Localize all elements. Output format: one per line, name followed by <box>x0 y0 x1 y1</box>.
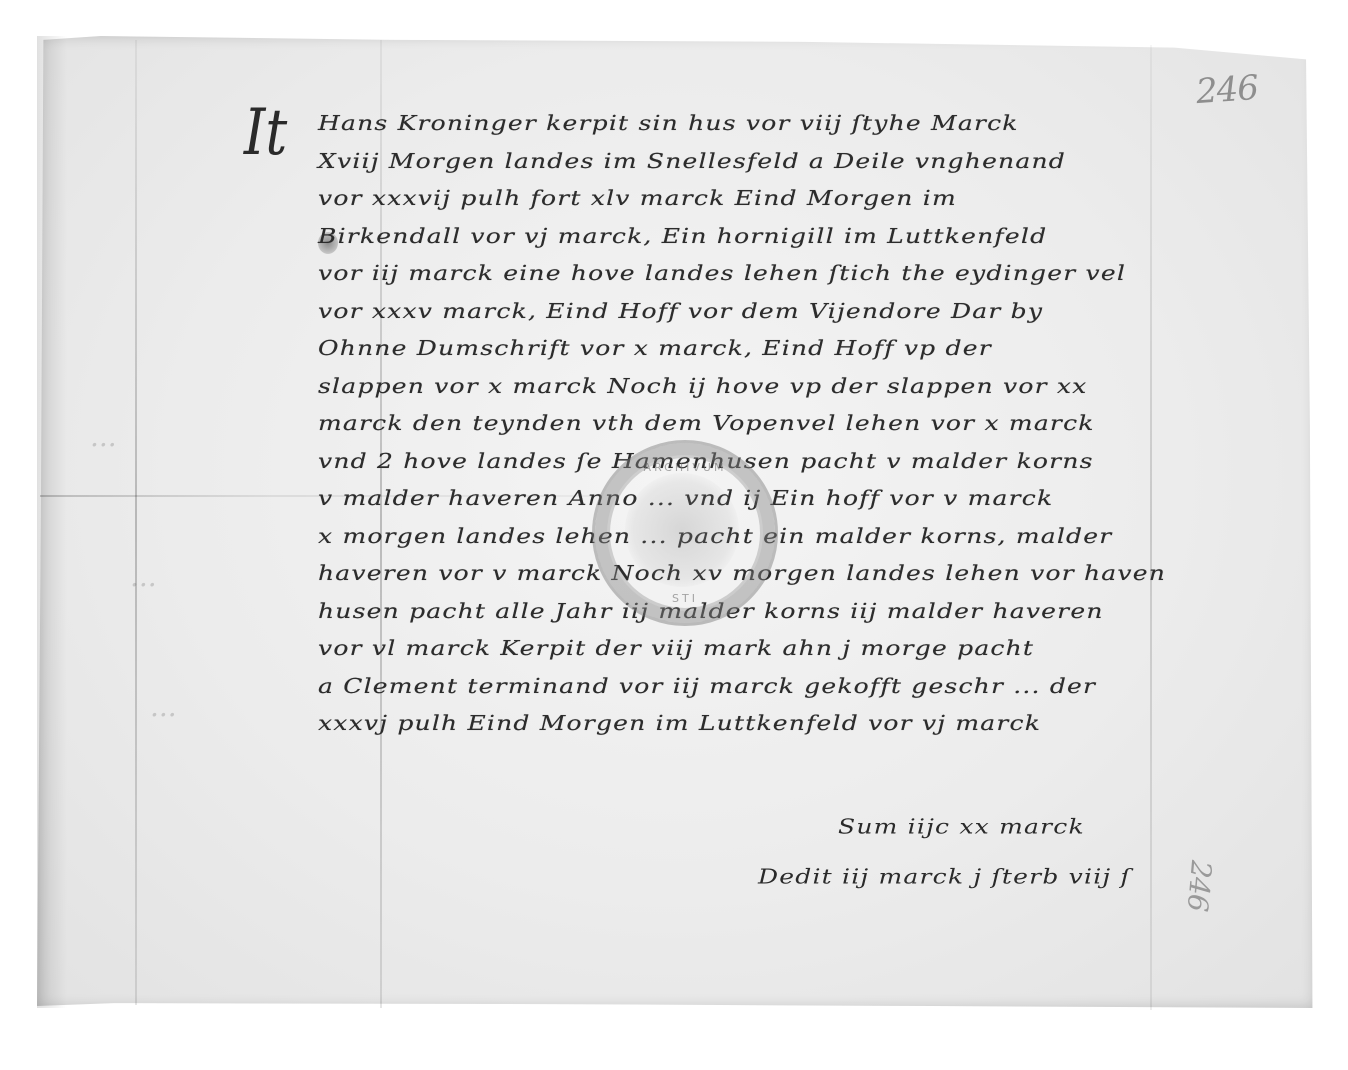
manuscript-line: xxxvj pulh Eind Morgen im Luttkenfeld vo… <box>318 711 1238 742</box>
scan-image: ... ... ... 246 246 It Hans Kroninger ke… <box>0 0 1348 1070</box>
folio-number-rotated: 246 <box>1181 859 1218 912</box>
manuscript-line: Hans Kroninger kerpit sin hus vor viij ſ… <box>318 111 1238 142</box>
sum-line: Sum iijc xx marck <box>838 815 1085 839</box>
manuscript-line: vor xxxv marck, Eind Hoff vor dem Vijend… <box>318 299 1238 330</box>
manuscript-line: slappen vor x marck Noch ij hove vp der … <box>318 374 1238 405</box>
dedit-line: Dedit iij marck j ſterb viij ſ <box>758 865 1131 889</box>
manuscript-line: marck den teynden vth dem Vopenvel lehen… <box>318 411 1238 442</box>
manuscript-line: v malder haveren Anno ... vnd ij Ein hof… <box>318 486 1238 517</box>
folio-number: 246 <box>1195 68 1260 112</box>
manuscript-line: vor vl marck Kerpit der viij mark ahn j … <box>318 636 1238 667</box>
manuscript-line: Xviij Morgen landes im Snellesfeld a Dei… <box>318 149 1238 180</box>
manuscript-line: haveren vor v marck Noch xv morgen lande… <box>318 561 1238 592</box>
manuscript-line: vor xxxvij pulh fort xlv marck Eind Morg… <box>318 186 1238 217</box>
manuscript-line: x morgen landes lehen ... pacht ein mald… <box>318 524 1238 555</box>
bleedthrough-text: ... <box>90 420 117 453</box>
manuscript-line: Birkendall vor vj marck, Ein hornigill i… <box>318 224 1238 255</box>
manuscript-line: husen pacht alle Jahr iij malder korns i… <box>318 599 1238 630</box>
fold-line-vertical-left <box>135 40 137 1005</box>
item-mark: It <box>244 96 287 170</box>
manuscript-body: Hans Kroninger kerpit sin hus vor viij ſ… <box>318 108 1238 746</box>
bleedthrough-text: ... <box>130 560 157 593</box>
bleedthrough-text: ... <box>150 690 177 723</box>
manuscript-line: Ohnne Dumschrift vor x marck, Eind Hoff … <box>318 336 1238 367</box>
manuscript-line: vor iij marck eine hove landes lehen ſti… <box>318 261 1238 292</box>
manuscript-line: a Clement terminand vor iij marck gekoff… <box>318 674 1238 705</box>
manuscript-line: vnd 2 hove landes ſe Hamenhusen pacht v … <box>318 449 1238 480</box>
